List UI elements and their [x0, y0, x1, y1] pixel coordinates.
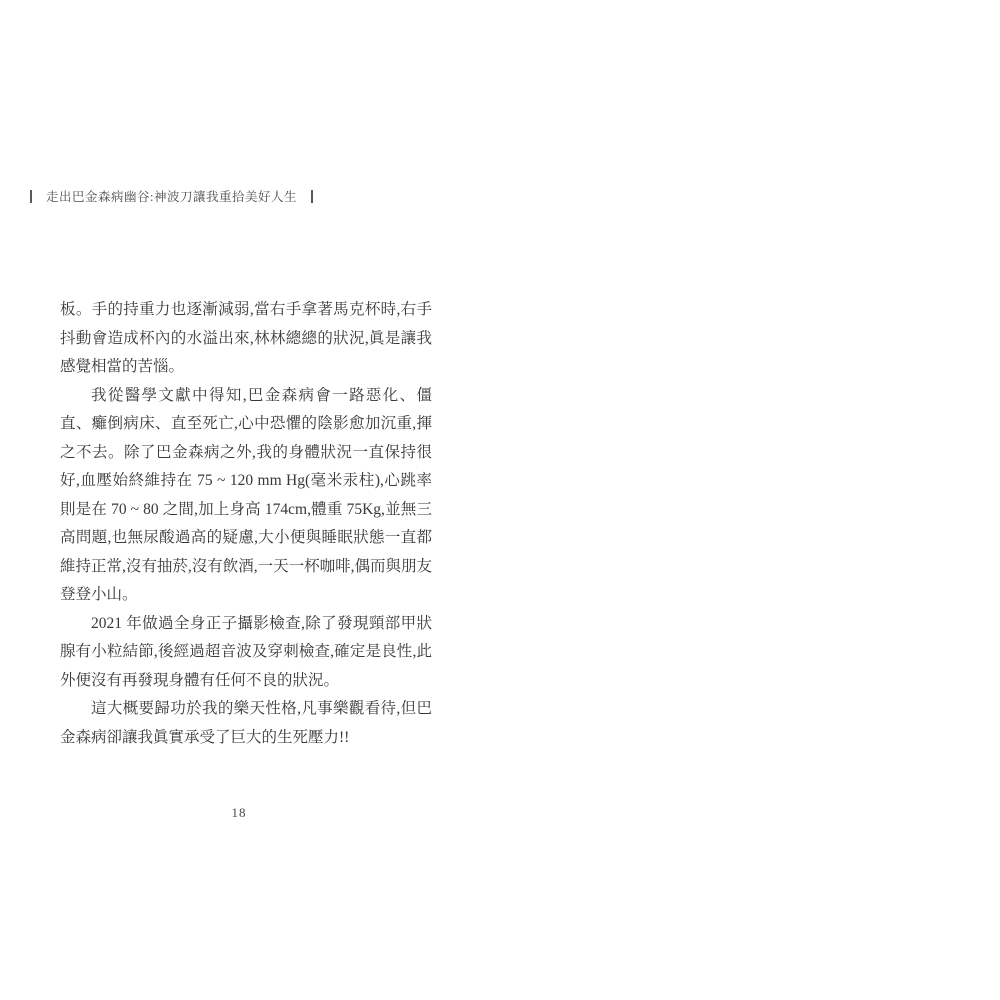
paragraph: 我從醫學文獻中得知,巴金森病會一路惡化、僵直、癱倒病床、直至死亡,心中恐懼的陰影…	[60, 382, 432, 610]
paragraph: 這大概要歸功於我的樂天性格,凡事樂觀看待,但巴金森病卻讓我眞實承受了巨大的生死壓…	[60, 695, 432, 752]
book-page: 走出巴金森病幽谷:神波刀讓我重拾美好人生 板。手的持重力也逐漸減弱,當右手拿著馬…	[0, 0, 1000, 1000]
paragraph: 2021 年做過全身正子攝影檢查,除了發現頸部甲狀腺有小粒結節,後經過超音波及穿…	[60, 610, 432, 696]
page-number: 18	[227, 805, 251, 821]
page-body: 板。手的持重力也逐漸減弱,當右手拿著馬克杯時,右手抖動會造成杯內的水溢出來,林林…	[60, 296, 432, 752]
header-rule-right-icon	[311, 190, 313, 203]
book-title: 走出巴金森病幽谷:神波刀讓我重拾美好人生	[46, 187, 297, 205]
paragraph: 板。手的持重力也逐漸減弱,當右手拿著馬克杯時,右手抖動會造成杯內的水溢出來,林林…	[60, 296, 432, 382]
header-rule-left-icon	[30, 190, 32, 203]
running-header: 走出巴金森病幽谷:神波刀讓我重拾美好人生	[30, 187, 313, 205]
